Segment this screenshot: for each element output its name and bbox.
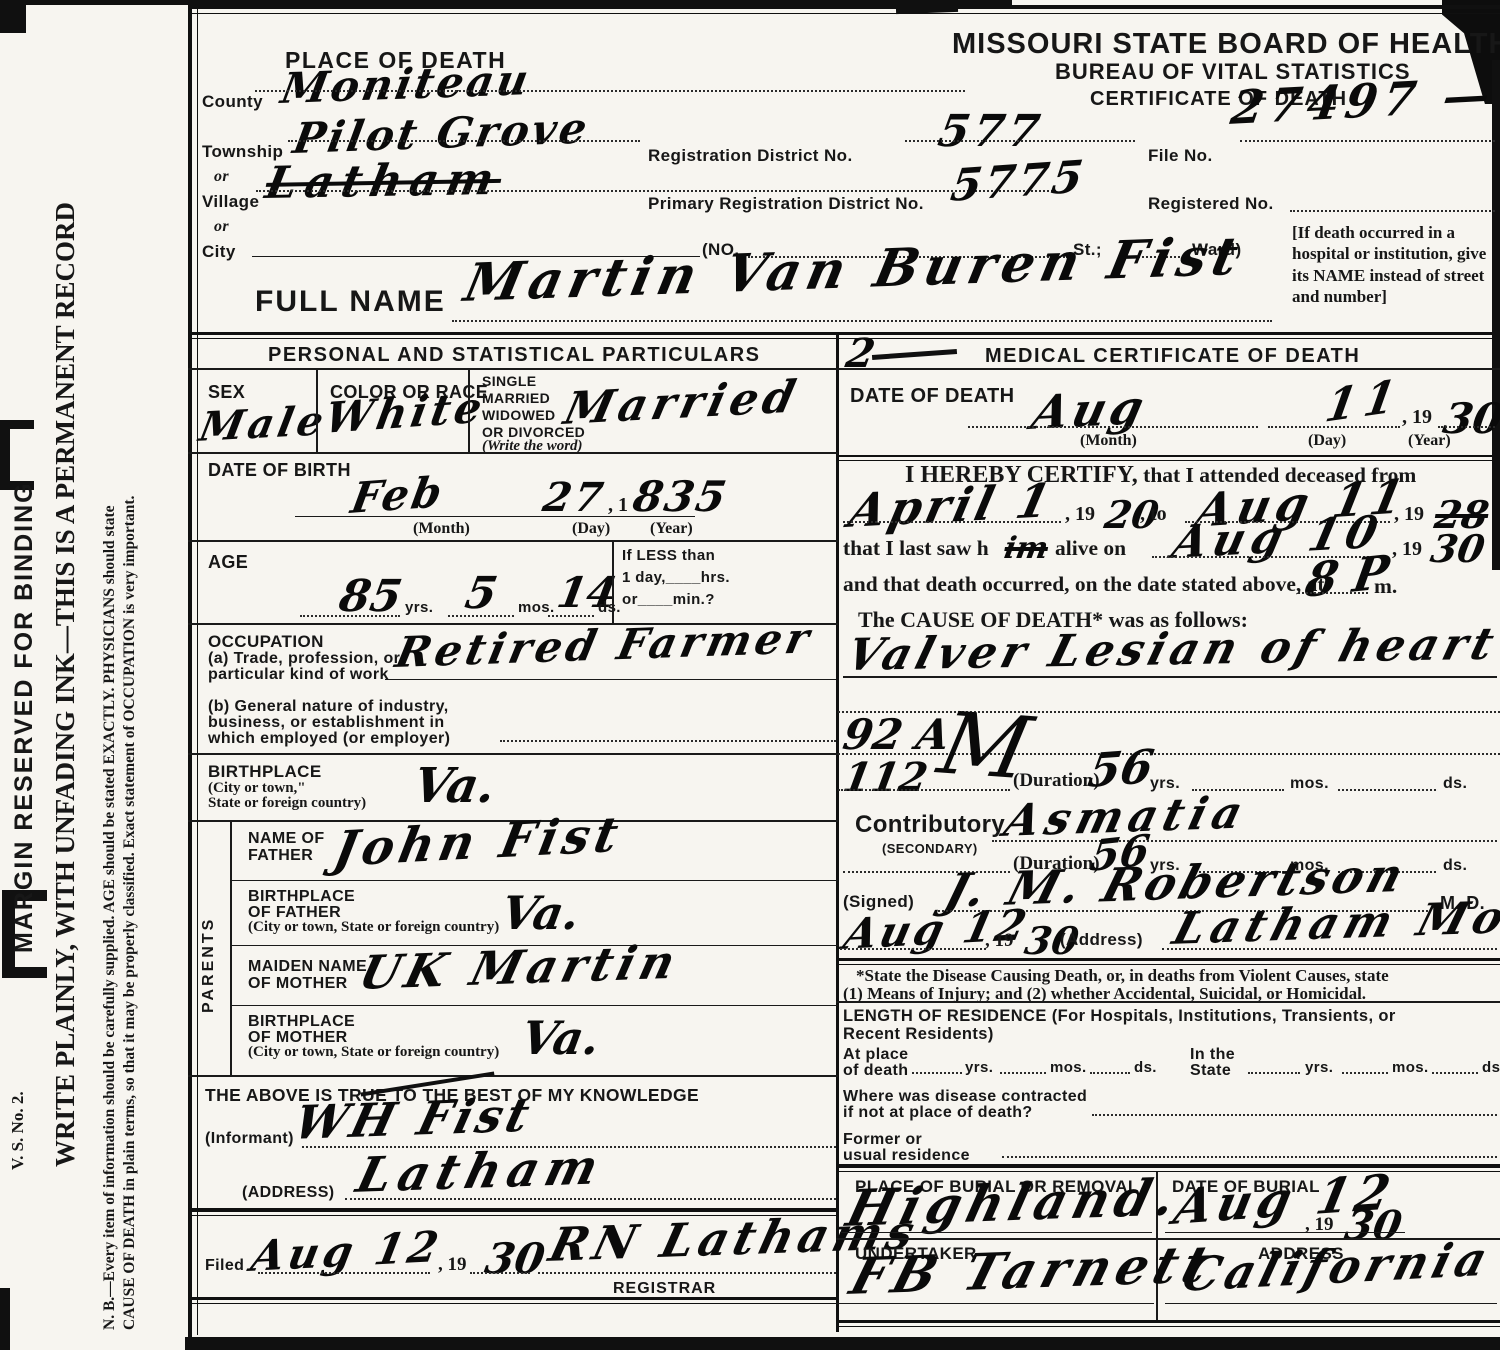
age-label: AGE xyxy=(208,552,248,572)
mother-name-label-line1: MAIDEN NAME xyxy=(248,958,367,976)
signed-block-bottom-thick xyxy=(836,958,1500,961)
dod-day-value: 11 xyxy=(1322,374,1407,430)
page-mark-flourish xyxy=(872,349,957,360)
occupation-b-line3: which employed (or employer) xyxy=(208,730,450,748)
section-divider-top-inner xyxy=(188,338,1500,339)
attended-from-value: April 1 xyxy=(845,477,1059,534)
residence-title-line2: Recent Residents) xyxy=(843,1025,994,1043)
registration-district-label: Registration District No. xyxy=(648,146,853,165)
mother-name-value: UK Martin xyxy=(355,938,685,996)
scan-edge-right xyxy=(1492,60,1500,570)
doc-border-top-inner xyxy=(188,13,1500,14)
age-line-2 xyxy=(448,615,514,617)
father-name-label-line1: NAME OF xyxy=(248,830,325,848)
full-name-value: Martin Van Buren Fist xyxy=(460,230,1248,310)
state-line-1 xyxy=(1248,1072,1300,1074)
registrar-label: REGISTRAR xyxy=(613,1280,716,1298)
dod-month-caption: (Month) xyxy=(1080,432,1137,450)
registrar-line xyxy=(538,1272,836,1274)
occupation-a-line2: particular kind of work xyxy=(208,666,389,684)
attended-from-line xyxy=(843,521,1061,523)
father-bp-value: Va. xyxy=(498,890,583,936)
cause-line xyxy=(843,676,1497,678)
atplace-line-2 xyxy=(1000,1072,1046,1074)
burial-place-line xyxy=(840,1232,1152,1233)
birthplace-value: Va. xyxy=(410,762,499,810)
filed-year-printed: , 19 xyxy=(438,1254,467,1275)
township-value: Pilot Grove xyxy=(290,107,593,160)
dob-month-value: Feb xyxy=(348,471,448,520)
scan-edge-bottom xyxy=(185,1337,1500,1350)
secondary-label: (SECONDARY) xyxy=(882,842,978,857)
parents-block-bottom xyxy=(188,1075,838,1077)
contributory-line xyxy=(992,840,1497,842)
footnote-rule xyxy=(836,1001,1500,1003)
burial-place-value: Highland. xyxy=(842,1172,1186,1234)
primary-registration-label: Primary Registration District No. xyxy=(648,194,924,213)
mother-bp-value: Va. xyxy=(518,1015,603,1061)
dob-year-value: 835 xyxy=(630,476,731,518)
alive-on-label: alive on xyxy=(1055,536,1126,560)
duration2-ds-label: ds. xyxy=(1443,857,1467,875)
informant-address-value: Latham xyxy=(352,1143,610,1200)
margin-reserved-text: MARGIN RESERVED FOR BINDING xyxy=(10,18,38,953)
sex-value: Male xyxy=(196,401,331,448)
full-name-label: FULL NAME xyxy=(255,285,446,319)
color-value: White xyxy=(322,386,489,440)
dob-month-caption: (Month) xyxy=(413,520,470,538)
dod-month-value: Aug xyxy=(1028,383,1152,436)
filed-year-line xyxy=(470,1272,530,1274)
age-months-value: 5 xyxy=(462,572,500,616)
parents-cell-divider xyxy=(230,820,232,1075)
age-note-line3: or____min.? xyxy=(622,592,715,609)
medical-title: MEDICAL CERTIFICATE OF DEATH xyxy=(985,345,1360,367)
state-line-2 xyxy=(1342,1072,1388,1074)
duration1-yrs-value: 56 xyxy=(1085,743,1157,794)
informant-value: WH Fist xyxy=(290,1091,538,1146)
state-ds-label: ds. xyxy=(1482,1060,1500,1077)
column-divider xyxy=(836,332,839,1332)
dob-day-caption: (Day) xyxy=(572,520,610,538)
dob-label: DATE OF BIRTH xyxy=(208,460,351,480)
inthe-label-line2: State xyxy=(1190,1062,1231,1080)
death-certificate-scan: MARGIN RESERVED FOR BINDING WRITE PLAINL… xyxy=(0,0,1500,1350)
marital-label-line3: WIDOWED xyxy=(482,408,556,424)
dod-month-line xyxy=(968,426,1258,428)
father-name-value: John Fist xyxy=(330,810,627,874)
sex-label: SEX xyxy=(208,382,245,402)
occupation-b-blank xyxy=(500,740,836,742)
burial-date-line xyxy=(1165,1232,1405,1233)
informant-address-line xyxy=(345,1198,836,1200)
cause-code-92: 92 A xyxy=(840,714,953,756)
dod-row-bottom xyxy=(836,455,1500,457)
parents-label: PARENTS xyxy=(200,893,218,1013)
signed-year-printed: , 19 xyxy=(985,930,1014,951)
or-label-1: or xyxy=(214,168,229,186)
last-saw-year-value: 30 xyxy=(1428,530,1488,568)
file-no-line xyxy=(1240,140,1495,142)
birthplace-label: BIRTHPLACE xyxy=(208,762,322,781)
duration1-mos-label: mos. xyxy=(1290,775,1329,793)
duration1-left-line xyxy=(838,789,1010,791)
village-label: Village xyxy=(202,192,259,211)
margin-write-plainly-text: WRITE PLAINLY, WITH UNFADING INK—THIS IS… xyxy=(50,122,80,1167)
margin-nb-line1: N. B.—Every item of information should b… xyxy=(101,95,118,1330)
attended-from-year-printed: , 19 xyxy=(1065,503,1095,525)
dob-year-caption: (Year) xyxy=(650,520,693,538)
registration-district-value: 577 xyxy=(935,110,1047,154)
duration1-line-b xyxy=(1338,789,1436,791)
age-yrs-label: yrs. xyxy=(405,600,433,617)
informant-address-label: (ADDRESS) xyxy=(242,1184,335,1202)
death-time-line xyxy=(1298,592,1368,594)
at-place-label-line2: of death xyxy=(843,1062,908,1080)
state-line-3 xyxy=(1432,1072,1478,1074)
father-name-label-line2: FATHER xyxy=(248,847,313,865)
state-yrs-label: yrs. xyxy=(1305,1060,1333,1077)
dod-label: DATE OF DEATH xyxy=(850,385,1014,407)
state-mos-label: mos. xyxy=(1392,1060,1429,1077)
atplace-yrs-label: yrs. xyxy=(965,1060,993,1077)
undertaker-address-value: California xyxy=(1178,1235,1497,1298)
undertaker-value: FB Tarnett xyxy=(845,1239,1220,1302)
physician-address-value: Latham Mo xyxy=(1168,896,1500,952)
marital-label-line2: MARRIED xyxy=(482,391,550,407)
dod-day-line xyxy=(1268,426,1400,428)
age-years-value: 85 xyxy=(336,575,405,619)
color-marital-divider xyxy=(468,370,470,452)
registered-no-line xyxy=(1290,210,1495,212)
left-col-bottom-thick xyxy=(188,1297,838,1300)
residence-title-line1: LENGTH OF RESIDENCE (For Hospitals, Inst… xyxy=(843,1007,1396,1025)
village-value-struck: Latham xyxy=(262,158,505,206)
father-bp-sub-label: (City or town, State or foreign country) xyxy=(248,919,499,936)
sex-color-divider xyxy=(316,370,318,452)
dob-year-printed: , 1 xyxy=(608,494,628,516)
right-col-bottom-thick xyxy=(836,1320,1500,1323)
personal-title: PERSONAL AND STATISTICAL PARTICULARS xyxy=(268,344,761,366)
dod-row-bottom-thin xyxy=(836,460,1500,461)
dob-row-bottom xyxy=(188,540,838,542)
mother-name-row-bottom xyxy=(230,1005,838,1006)
left-col-bottom-thin xyxy=(188,1303,838,1304)
filed-date-value: Aug 12 xyxy=(248,1226,446,1278)
dod-year-line xyxy=(1438,426,1495,428)
village-line xyxy=(256,190,1056,192)
former-line xyxy=(1002,1156,1497,1158)
occupation-label: OCCUPATION xyxy=(208,632,324,651)
last-saw-prefix: that I last saw h xyxy=(843,536,989,560)
physician-address-line xyxy=(1162,948,1497,950)
county-line xyxy=(255,90,965,92)
filed-date-line xyxy=(258,1272,430,1274)
filed-label: Filed xyxy=(205,1257,244,1275)
father-name-row-bottom xyxy=(230,880,838,881)
margin-form-number: V. S. No. 2. xyxy=(8,1072,27,1170)
margin-nb-line2: CAUSE OF DEATH in plain terms, so that i… xyxy=(121,95,138,1330)
undertaker-address-line xyxy=(1165,1303,1497,1304)
former-label-line2: usual residence xyxy=(843,1147,970,1165)
contracted-label-line2: if not at place of death? xyxy=(843,1104,1033,1122)
marital-value: Married xyxy=(560,375,804,432)
township-line xyxy=(288,140,640,142)
file-no-label: File No. xyxy=(1148,146,1213,165)
occurred-statement: and that death occurred, on the date sta… xyxy=(843,572,1325,596)
doc-border-left-inner xyxy=(197,5,198,1335)
sex-row-bottom xyxy=(188,452,838,454)
duration1-ds-label: ds. xyxy=(1443,775,1467,793)
death-time-m-label: m. xyxy=(1374,574,1397,598)
last-saw-struck: im xyxy=(1002,534,1050,564)
occupation-a-line xyxy=(385,679,836,680)
dob-line xyxy=(295,516,695,517)
full-name-line xyxy=(452,320,1272,322)
primary-registration-value: 5775 xyxy=(948,155,1088,209)
binder-mark-bottom xyxy=(0,1288,10,1350)
dob-day-value: 27 xyxy=(540,478,609,518)
contributory-label: Contributory xyxy=(855,812,1005,839)
last-saw-year-printed: , 19 xyxy=(1392,538,1422,560)
age-ds-label: ds. xyxy=(598,600,621,617)
cause-code-line xyxy=(838,753,1500,755)
informant-label: (Informant) xyxy=(205,1130,294,1148)
attended-to-year-printed: , 19 xyxy=(1394,503,1424,525)
city-label: City xyxy=(202,242,236,261)
or-label-2: or xyxy=(214,218,229,236)
atplace-ds-label: ds. xyxy=(1134,1060,1157,1077)
mother-name-label-line2: OF MOTHER xyxy=(248,975,348,993)
atplace-line-1 xyxy=(912,1072,962,1074)
dod-day-caption: (Day) xyxy=(1308,432,1346,450)
registration-district-line xyxy=(905,140,1135,142)
signed-block-bottom-thin xyxy=(836,964,1500,965)
occupation-row-bottom xyxy=(188,753,838,755)
signed-date-line xyxy=(840,948,986,950)
county-value: Moniteau xyxy=(278,59,534,110)
section-divider-top xyxy=(188,332,1500,335)
age-line-1 xyxy=(300,615,400,617)
contracted-line xyxy=(1092,1114,1497,1116)
dod-year-printed: , 19 xyxy=(1402,406,1432,428)
cause-value: Valver Lesian of heart xyxy=(842,622,1500,678)
doc-border-left xyxy=(188,5,192,1350)
mother-bp-sub-label: (City or town, State or foreign country) xyxy=(248,1044,499,1061)
registered-no-label: Registered No. xyxy=(1148,194,1274,213)
physician-address-label: (Address) xyxy=(1060,930,1143,949)
marital-label-line1: SINGLE xyxy=(482,374,537,390)
doc-border-top xyxy=(188,5,1500,9)
birthplace-sub-line2: State or foreign country) xyxy=(208,795,366,812)
hospital-note: [If death occurred in a hospital or inst… xyxy=(1292,222,1488,307)
undertaker-line xyxy=(836,1303,1154,1304)
county-label: County xyxy=(202,92,263,111)
atplace-line-3 xyxy=(1090,1072,1130,1074)
board-title: MISSOURI STATE BOARD OF HEALTH xyxy=(952,28,1500,60)
age-note-line1: If LESS than xyxy=(622,548,715,565)
atplace-mos-label: mos. xyxy=(1050,1060,1087,1077)
attended-to-printed: , to xyxy=(1140,503,1167,525)
age-line-3 xyxy=(548,615,594,617)
right-col-bottom-thin xyxy=(836,1326,1500,1327)
cause-code-112: 112 xyxy=(840,758,931,798)
age-note-divider xyxy=(612,540,614,623)
occupation-a-value: Retired Farmer xyxy=(392,617,817,674)
footnote-line1: *State the Disease Causing Death, or, in… xyxy=(856,966,1389,985)
dod-year-caption: (Year) xyxy=(1408,432,1451,450)
age-note-line2: 1 day,____hrs. xyxy=(622,570,730,587)
